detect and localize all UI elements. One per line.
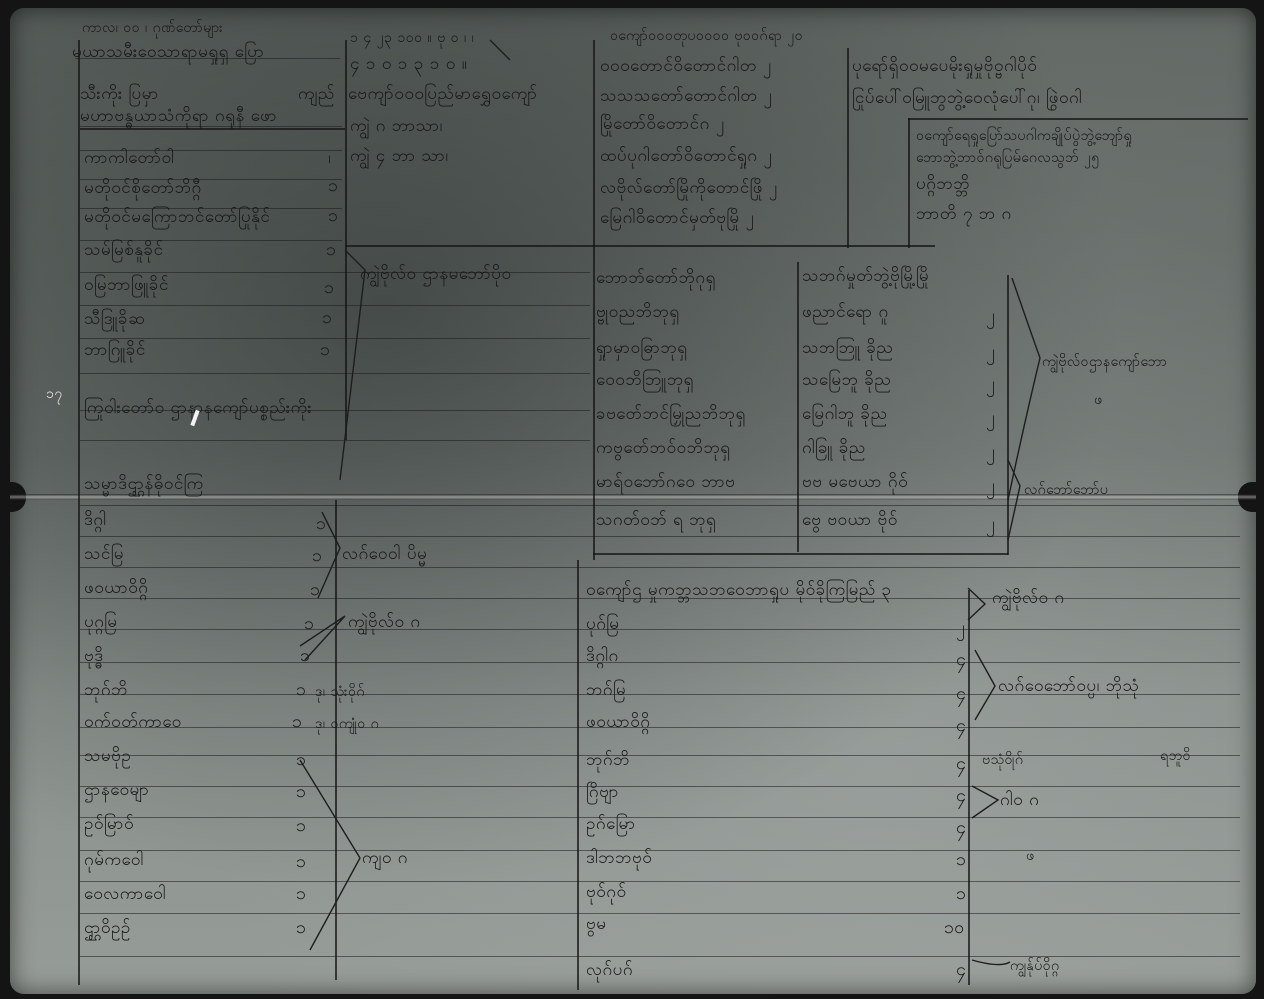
tally-mark: ၂ [986, 476, 995, 496]
table-cell: သဂတ်ဝဘ် ရ ဘုရှ [596, 510, 716, 530]
list-item: ဘုဂ်ဘိ [586, 750, 630, 770]
side-note: ရဘူဝိ [1160, 746, 1191, 766]
box-line: ပဂ္ဂိဘဘ္ဘိ [916, 174, 970, 194]
tally-mark: ၂ [986, 306, 995, 326]
block-line: ထပ်ပုဂါတော်ဝိတောင်ရှုဂ ၂ [600, 146, 772, 166]
tally-mark: ၄ [956, 960, 966, 980]
tally-mark: ၂ [956, 618, 965, 638]
brace-label: လဂ်ဝေဝါ ပိမ္မ [342, 544, 427, 564]
tally-mark: ၄ [956, 650, 966, 670]
list-item: ဘဂ်မြ [586, 680, 626, 700]
brace-label: ကျဝ ဂ [362, 848, 408, 868]
block-line: ဝဝ၀တောင်ဝိတောင်ဂါတ ၂ [600, 56, 772, 76]
table-cell: ဖညာင်ရော ဂူ [802, 302, 889, 322]
note-line: ၄ ၁ ၀ ၁ ၃ ၁ ၀ ။ [350, 54, 467, 74]
box-line: ဘာတိ ၇ ဘ ဂ [916, 204, 1012, 224]
brace-label: ဂါဝ ဂ [1000, 790, 1039, 810]
note-line: ကျွဲ ဂ ဘာသာ၊ [350, 116, 443, 136]
tally-mark: ၂ [986, 514, 995, 534]
block-line: လဗိုလ်တော်မြိုကိုတောင်ဖြို ၂ [600, 178, 778, 198]
table-cell: ရှုာမှာဝဓြာဘုရှ [596, 338, 688, 358]
list-item: ဗုဝ်ဂုဝ် [586, 882, 627, 902]
brace-label: ဒု၊ သုံးဝိုဂ် [315, 682, 365, 702]
tally-mark: ၄ [956, 754, 966, 774]
brace-label: လဂ်ဘော်ဘော်ပ [1024, 480, 1108, 500]
block-line: သသသတော်တောင်ဂါတ ၂ [600, 86, 772, 106]
list-header: ဝကျော်ဌ မှုကဘ္ဘသဘဝေဘာရှုပ မိုဝ်ခိုကြမြည်… [586, 580, 892, 600]
table-cell: ဘောဘ်တော်ဘိုဂုရှ [596, 268, 716, 288]
table-cell: ဗွေ ဗဝယာ ဗိုဝ် [802, 510, 898, 530]
list-item: ပုဂ်မြ [586, 614, 619, 634]
table-cell: သဘဂ်မှုတ်ဘွဲ့ဗိုမြို့မြို [802, 266, 929, 286]
brace-label: ဗသုံ၀ိုဂ် [982, 750, 1023, 770]
tally-mark: ၁ [956, 850, 966, 870]
table-cell: မြေဂါဘူ ခိုည [802, 404, 888, 424]
brace-label: ဒု၊ ဝကျုံဝ ဂ [315, 714, 379, 734]
table-cell: သဘဘြူ ခိုည [802, 338, 893, 358]
block-line: မြိုတော်ဝိတောင်ဂ ၂ [600, 114, 725, 134]
tally-mark: ၄ [956, 786, 966, 806]
block-line: ပုရော်ရှိဝ၀မပေမိုးရှုမှုဗိုဝ္ဗဂါပိုဝ် [852, 56, 1037, 76]
table-cell: မာရ်ဝဘော်ဂဝေ ဘာဗ [596, 472, 735, 492]
tally-mark: ၂ [986, 342, 995, 362]
tally-mark: ၄ [956, 818, 966, 838]
list-item: လုဂ်ပဂ် [586, 960, 633, 980]
list-item: ဗွမ [586, 914, 606, 934]
table-cell: ဗ္ဗုဝညဘိဘုရှ [596, 302, 680, 322]
tally-mark: ၂ [986, 442, 995, 462]
brace-label: ကျွဲဗိုလ်ဝ ဂ [348, 612, 421, 632]
tally-mark: ၄ [956, 716, 966, 736]
box-line: ဘောဘွဲ့ဘာဝ်ဂရုပြမ်ဂေလသွဘ် ၂၅ [916, 148, 1100, 168]
block-line: မြေဂါဝိတောင်မှတ်ဗုမြို ၂ [600, 208, 754, 228]
note-line: ၁ ၄ ၂၃ ၁၀၀ ။ ဗု ၀ ၊ ၊ [350, 28, 474, 48]
small-mark: ဖ [1094, 390, 1103, 410]
tally-mark: ၂ [986, 408, 995, 428]
list-item: ဒါဘဘဗုဝ် [586, 848, 652, 868]
table-cell: ဂါခြူ ခိုည [802, 438, 866, 458]
box-line: ဝကျော်ရေရှုပြော်သပဂါကချိုပ်ပွဲဘွဲ့ဘျော်ရ… [916, 126, 1132, 146]
table-cell: သမြေဘူ ခိုည [802, 370, 891, 390]
list-item: ဖဝယာဝိဂ္ဂိ [586, 712, 651, 732]
note-line: ကျွဲ ၄ ဘာ သာ၊ [350, 146, 449, 166]
brace-label: ကျွန်ုပ်ဝိုဂ္ဂ [1010, 956, 1060, 976]
tally-mark: ၂ [986, 374, 995, 394]
middle-left-label: ကျွဲဗိုလ်ဝ ဌာနမဘော်ပိုဝ [360, 264, 512, 284]
list-item: ဂြိဗျာ [586, 782, 619, 802]
brace-label: ဖ [1026, 846, 1035, 866]
table-cell: ဗဗ မဗေယာ ဂိုဝ် [802, 472, 908, 492]
brace-label: ကျွဲဗိုလ်ဝ ဂ [992, 588, 1065, 608]
list-item: ဒိဂ္ဂါဂ [586, 646, 619, 666]
brace-label: ကျွဲဗိုလ်ဝဌာနကျော်ဘော [1042, 352, 1167, 372]
note-line: ဗေကျာ်၀ဝ၀ပြည်မာရွှေဝကျော် [348, 84, 538, 104]
list-item: ဥဂ်မြော [586, 814, 636, 834]
table-cell: ခဗဝော်ဘင်မြှုညဘိဘုရှ [596, 404, 746, 424]
tally-mark: ၁၀ [944, 918, 964, 938]
table-cell: ကဗွဝော်ဘဝ်ဝဘိဘုရှ [596, 438, 731, 458]
table-cell: ဝေဝဘိဘြူဘုရှ [596, 370, 694, 390]
tally-mark: ၁ [956, 884, 966, 904]
block-line: ငြုပ်ပေါ်ဝမြူဘွဘွဲ့ဝေလုံပေါ်ဂု၊ ဖြွဲဝဂါ [852, 88, 1082, 108]
tally-mark: ၄ [956, 684, 966, 704]
block-header: ဝကျော်ဝ၀ဝတုပ၀ဝ၀ဝ ဗုဝဝဂ်ရာ ၂၀ [610, 26, 803, 46]
brace-label: လဂ်ဝေဘော်ဝပ္ပ၊ ဘိုသုံ [998, 676, 1140, 696]
